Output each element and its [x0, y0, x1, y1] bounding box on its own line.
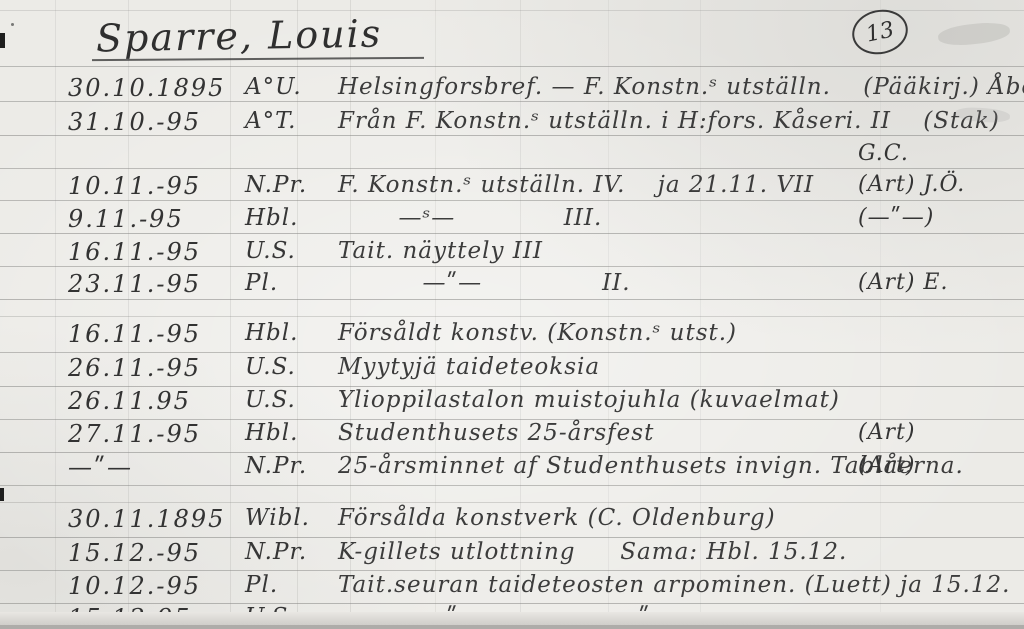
entry-date: 15.12.-95 — [68, 539, 243, 567]
ledger-row: —ʺ— N.Pr. 25-årsminnet af Studenthusets … — [0, 453, 1024, 486]
ledger-row: 27.11.-95 Hbl. Studenthusets 25-årsfest … — [0, 420, 1024, 453]
ledger-row: G.C. — [0, 141, 1024, 174]
entry-source: Hbl. — [245, 420, 333, 446]
entry-note: G.C. — [858, 141, 1016, 166]
entry-description: F. Konstn.ˢ utställn. IV. ja 21.11. VII — [338, 172, 814, 198]
entry-description: Ylioppilastalon muistojuhla (kuvaelmat) — [338, 387, 840, 413]
entry-date: 26.11.95 — [68, 387, 243, 415]
entry-date: 9.11.-95 — [68, 205, 243, 233]
entry-source: N.Pr. — [245, 453, 333, 479]
entry-description: Studenthusets 25-årsfest — [338, 420, 654, 446]
entry-source: N.Pr. — [245, 172, 333, 198]
ledger-row: 26.11.-95 U.S. Myytyjä taideteoksia — [0, 354, 1024, 387]
ledger-row: 16.11.-95 U.S. Tait. näyttely III — [0, 238, 1024, 271]
entry-date: 30.10.1895 — [68, 74, 243, 102]
ruled-line — [0, 316, 1024, 317]
ledger-row: 31.10.-95 A°T. Från F. Konstn.ˢ utställn… — [0, 108, 1024, 141]
entry-description: Från F. Konstn.ˢ utställn. i H:fors. Kås… — [338, 108, 1000, 134]
ledger-row: 23.11.-95 Pl. —ʺ— II. (Art) E. — [0, 270, 1024, 303]
ledger-row: 30.10.1895 A°U. Helsingforsbref. — F. Ko… — [0, 74, 1024, 107]
entry-date: 10.12.-95 — [68, 572, 243, 600]
scanned-ledger-page: Sparre, Louis 13 30.10.1895 A°U. Helsing… — [0, 0, 1024, 629]
scan-smudge-top-right — [937, 20, 1011, 47]
entry-date: 23.11.-95 — [68, 270, 243, 298]
entry-source: Wibl. — [245, 505, 333, 531]
entry-description: Försålda konstverk (C. Oldenburg) — [338, 505, 776, 531]
page-number: 13 — [864, 17, 897, 47]
entry-description: —ʺ— II. — [338, 270, 631, 296]
entry-date: 27.11.-95 — [68, 420, 243, 448]
entry-description: Försåldt konstv. (Konstn.ˢ utst.) — [338, 320, 737, 346]
ledger-row: 16.11.-95 Hbl. Försåldt konstv. (Konstn.… — [0, 320, 1024, 353]
entry-date: 31.10.-95 — [68, 108, 243, 136]
entry-description: K-gillets utlottning Sama: Hbl. 15.12. — [338, 539, 847, 565]
ledger-row: 9.11.-95 Hbl. —ˢ— III. (—ʺ—) — [0, 205, 1024, 238]
entry-date: 16.11.-95 — [68, 320, 243, 348]
entry-description: Helsingforsbref. — F. Konstn.ˢ utställn.… — [338, 74, 1024, 100]
entry-description: Myytyjä taideteoksia — [338, 354, 600, 380]
ruled-line — [0, 66, 1024, 67]
entry-source: Pl. — [245, 270, 333, 296]
entry-note: (—ʺ—) — [858, 205, 1016, 230]
entry-description: Tait. näyttely III — [338, 238, 543, 264]
entry-source: A°T. — [245, 108, 333, 134]
entry-date: 26.11.-95 — [68, 354, 243, 382]
entry-source: Hbl. — [245, 205, 333, 231]
scan-bottom-edge — [0, 625, 1024, 629]
entry-source: U.S. — [245, 354, 333, 380]
entry-note: (Art) J.Ö. — [858, 172, 1016, 197]
ledger-row: 15.12.-95 N.Pr. K-gillets utlottning Sam… — [0, 539, 1024, 572]
entry-source: A°U. — [245, 74, 333, 100]
entry-note: (Art) — [858, 420, 1016, 445]
ruled-line — [0, 502, 1024, 503]
scan-mark-left-top — [0, 33, 5, 48]
entry-source: Hbl. — [245, 320, 333, 346]
entry-description: —ˢ— III. — [338, 205, 602, 231]
page-title: Sparre, Louis — [96, 12, 383, 61]
entry-source: U.S. — [245, 238, 333, 264]
entry-note: (Art) — [858, 453, 1016, 478]
entry-date: 16.11.-95 — [68, 238, 243, 266]
entry-description: Tait.seuran taideteosten arpominen. (Lue… — [338, 572, 1010, 598]
entry-date: 10.11.-95 — [68, 172, 243, 200]
entry-date: —ʺ— — [68, 453, 243, 481]
scan-mark-left-lower — [0, 488, 4, 501]
entry-source: N.Pr. — [245, 539, 333, 565]
entry-date: 30.11.1895 — [68, 505, 243, 533]
ledger-row: 10.12.-95 Pl. Tait.seuran taideteosten a… — [0, 572, 1024, 605]
ledger-row: 26.11.95 U.S. Ylioppilastalon muistojuhl… — [0, 387, 1024, 420]
scan-dot — [11, 23, 14, 26]
entry-source: Pl. — [245, 572, 333, 598]
ledger-row: 10.11.-95 N.Pr. F. Konstn.ˢ utställn. IV… — [0, 172, 1024, 205]
entry-source: U.S. — [245, 387, 333, 413]
page-number-badge: 13 — [848, 5, 912, 60]
ledger-row: 30.11.1895 Wibl. Försålda konstverk (C. … — [0, 505, 1024, 538]
entry-note: (Art) E. — [858, 270, 1016, 295]
